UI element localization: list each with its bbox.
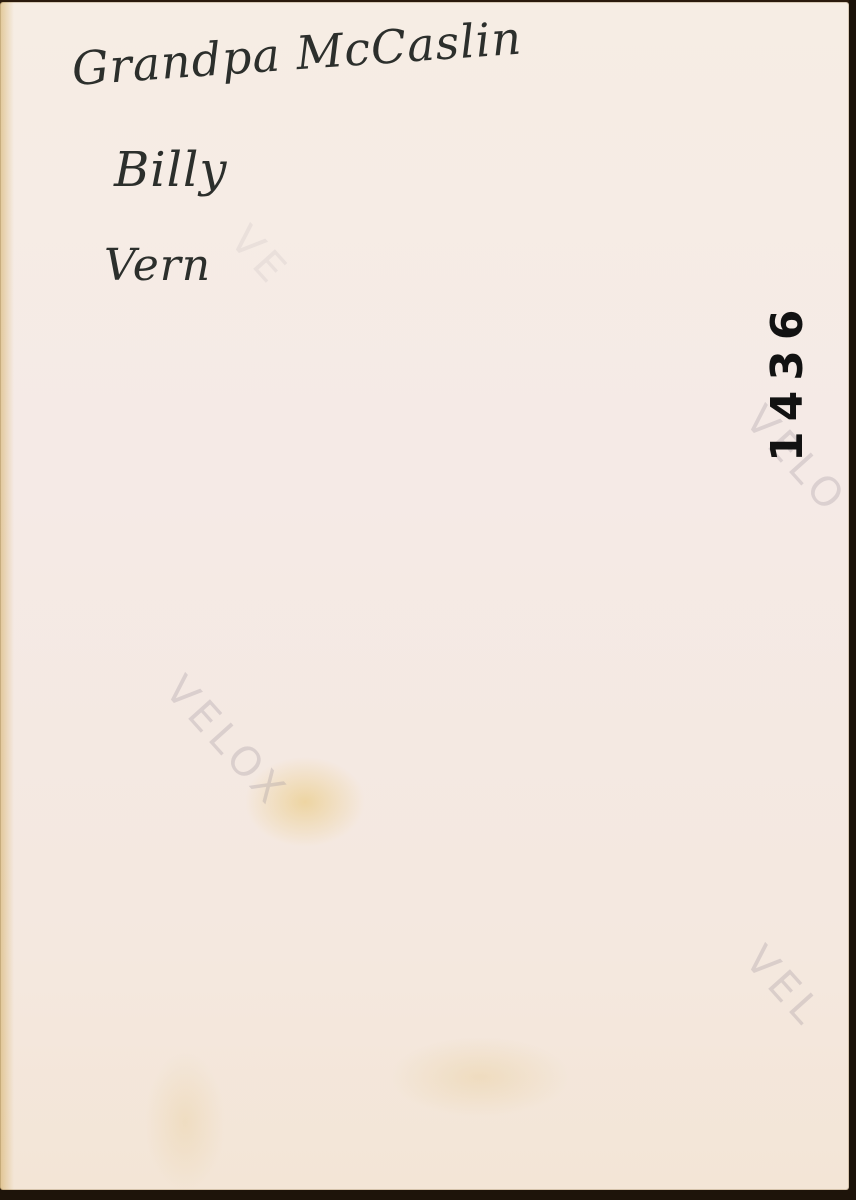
- handwritten-caption-billy: Billy: [114, 142, 227, 198]
- handwritten-caption-grandpa: Grandpa McCaslin: [70, 11, 524, 96]
- velox-watermark: VE: [221, 217, 298, 296]
- velox-watermark: VELOX: [156, 667, 297, 817]
- scan-edge-bottom: [0, 1190, 856, 1200]
- handwritten-caption-vern: Vern: [104, 240, 211, 291]
- stamped-number: 1436: [760, 332, 816, 462]
- velox-watermark: VEL: [736, 937, 832, 1037]
- photo-back-card: Grandpa McCaslin Billy Vern VELOX VELO V…: [0, 2, 849, 1190]
- scan-edge-right: [849, 0, 856, 1200]
